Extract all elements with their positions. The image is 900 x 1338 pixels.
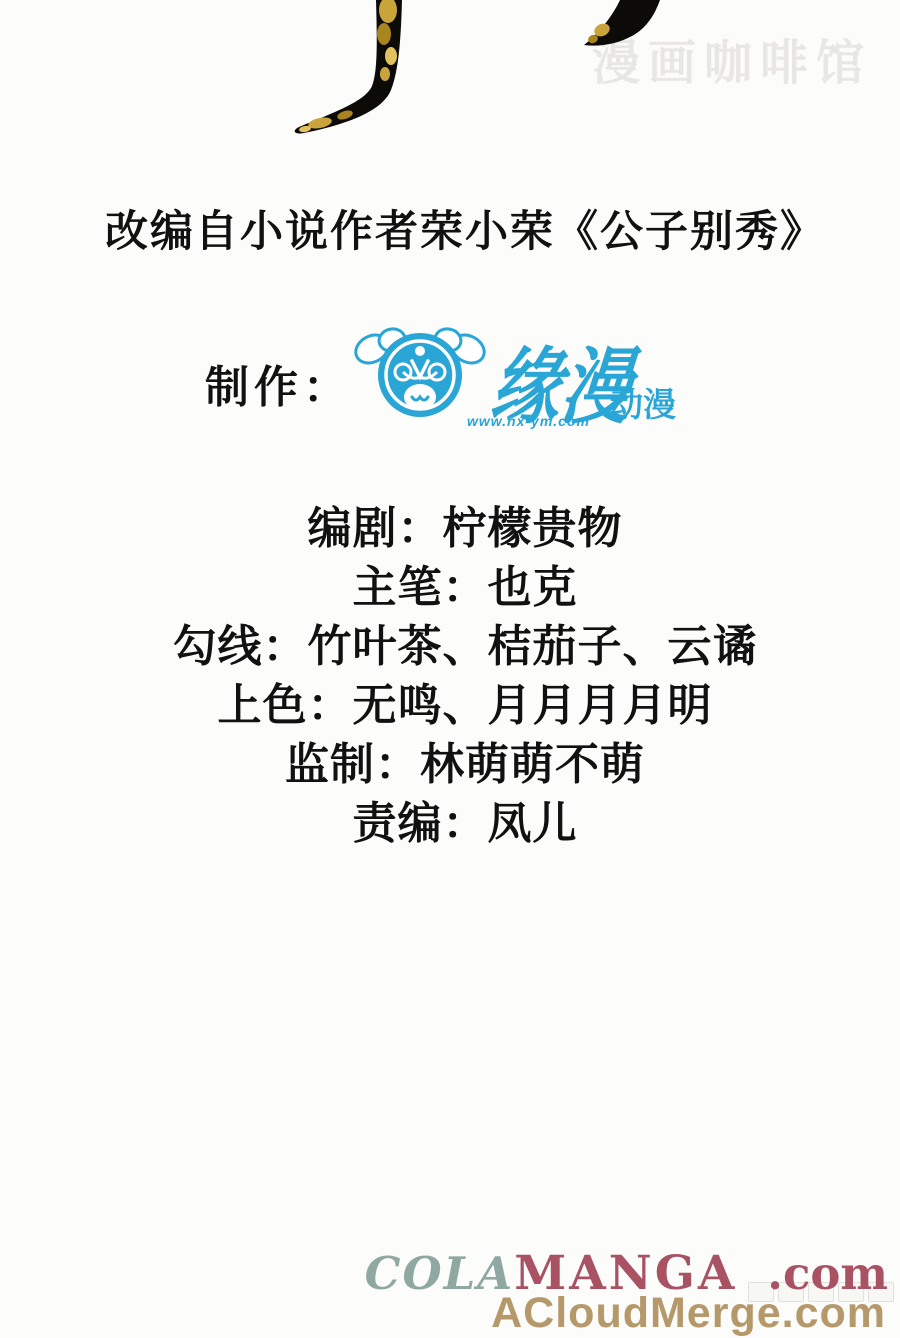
credit-line-supervisor: 监制：林萌萌不萌 [15, 735, 900, 794]
manga-credits-page: 漫画咖啡馆 改编自小说作者荣小荣《公子别秀》 制作： [0, 0, 900, 1338]
credits-list: 编剧：柠檬贵物 主笔：也克 勾线：竹叶茶、桔茄子、云谲 上色：无鸣、月月月月明 … [15, 499, 900, 853]
production-label: 制作： [205, 351, 352, 415]
credit-line-screenwriter: 编剧：柠檬贵物 [15, 499, 900, 558]
studio-logo-suffix-text: 动漫 [610, 379, 676, 426]
studio-logo-url-text: www.nx-ym.com [467, 413, 590, 429]
acloudmerge-watermark: ACloudMerge.com [491, 1289, 886, 1338]
credit-line-lead-artist: 主笔：也克 [15, 558, 900, 617]
top-watermark: 漫画咖啡馆 [592, 24, 872, 93]
winged-circle-emblem-icon [348, 325, 498, 425]
production-row: 制作： 缘漫 动漫 www.nx-ym.com [180, 325, 720, 440]
credit-line-coloring: 上色：无鸣、月月月月明 [15, 676, 900, 735]
credit-line-editor: 责编：凤儿 [15, 794, 900, 853]
credit-line-inking: 勾线：竹叶茶、桔茄子、云谲 [15, 617, 900, 676]
adaptation-line: 改编自小说作者荣小荣《公子别秀》 [15, 198, 900, 259]
